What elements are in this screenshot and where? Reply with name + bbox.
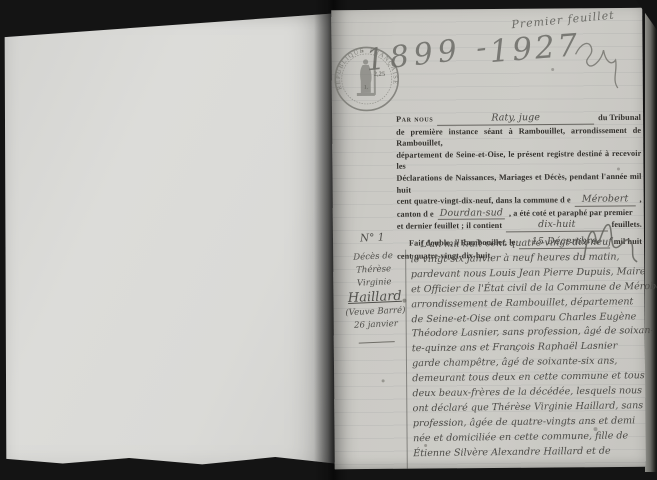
margin-note-line: Thérèse Virginie: [340, 263, 407, 292]
margin-note: N° 1 Décès de Thérèse Virginie Haillard …: [339, 231, 410, 345]
act-line: Étienne Silvère Alexandre Haillard et de: [413, 444, 646, 462]
handwritten-entry-judge: Raty, juge: [437, 112, 594, 126]
act-line: née et domiciliée en cette commune, fill…: [413, 429, 646, 447]
year-start-annotation: 1899 -: [364, 29, 493, 78]
book-page-edges: [645, 4, 657, 472]
print-text: département de Seine-et-Oise, le présent…: [396, 148, 641, 173]
print-text: de première instance séant à Rambouillet…: [396, 124, 641, 149]
year-end-annotation: 1927: [488, 27, 581, 70]
handwritten-entry-canton: Dourdan-sud: [438, 207, 505, 220]
print-text: canton d e: [397, 208, 434, 220]
print-line: département de Seine-et-Oise, le présent…: [396, 148, 641, 173]
print-text: cent quatre-vingt-dix-neuf, dans la comm…: [397, 195, 571, 208]
print-line: de première instance séant à Rambouillet…: [396, 124, 641, 149]
print-text: Déclarations de Naissances, Mariages et …: [396, 171, 641, 196]
margin-note-separator: [359, 341, 395, 344]
print-line: Déclarations de Naissances, Mariages et …: [396, 171, 641, 196]
stamp-value-bottom: 1.: [364, 85, 369, 91]
print-text: du Tribunal: [598, 112, 641, 124]
handwritten-entry-commune: Mérobert: [575, 194, 636, 207]
print-text: Par nous: [396, 113, 433, 125]
death-act-text: L'an mil huit cent quatre-vingt-dix-neuf…: [410, 235, 646, 462]
register-page: RÉPUBLIQUE FRANÇAISE 2,25 1. Premier feu…: [331, 8, 646, 469]
print-line: cent quatre-vingt-dix-neuf, dans la comm…: [397, 194, 642, 209]
stamp-arc-left-text: RÉPUBLIQUE: [334, 47, 366, 90]
blank-left-page: [3, 12, 335, 468]
act-number: N° 1: [339, 231, 405, 247]
register-scan: RÉPUBLIQUE FRANÇAISE 2,25 1. Premier feu…: [0, 0, 657, 480]
print-text: ,: [639, 194, 641, 206]
print-text: et dernier feuillet ; il contient: [397, 220, 502, 232]
svg-text:RÉPUBLIQUE: RÉPUBLIQUE: [334, 47, 366, 90]
pencil-flourish: [573, 36, 635, 94]
